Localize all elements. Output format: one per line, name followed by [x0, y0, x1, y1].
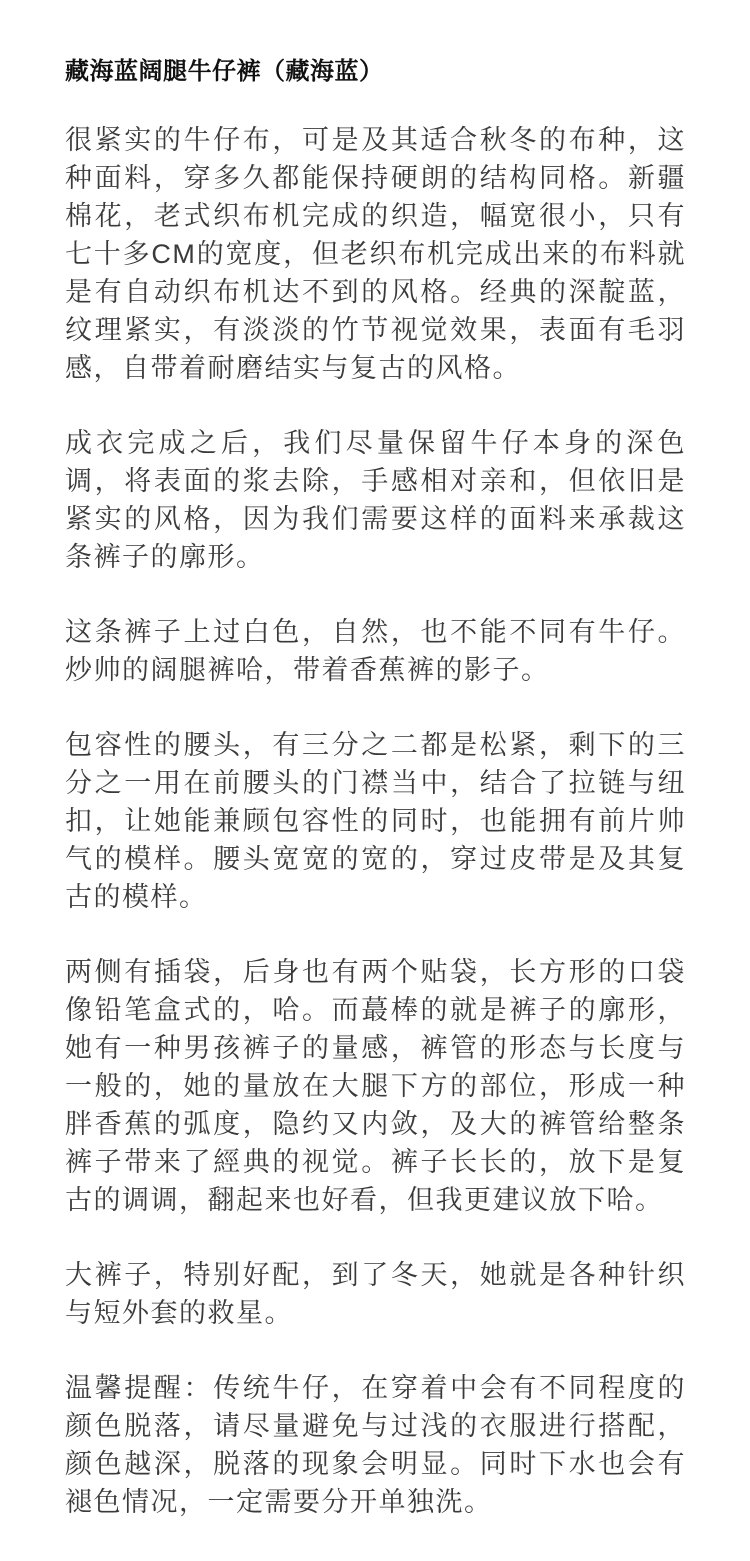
page-title: 藏海蓝阔腿牛仔裤（藏海蓝）	[65, 56, 686, 87]
paragraph-style: 这条裤子上过白色，自然，也不能不同有牛仔。炒帅的阔腿裤哈，带着香蕉裤的影子。	[65, 613, 686, 689]
product-description-page: 藏海蓝阔腿牛仔裤（藏海蓝） 很紧实的牛仔布，可是及其适合秋冬的布种，这种面料，穿…	[0, 0, 750, 1561]
paragraph-waistband: 包容性的腰头，有三分之二都是松紧，剩下的三分之一用在前腰头的门襟当中，结合了拉链…	[65, 726, 686, 916]
paragraph-fabric: 很紧实的牛仔布，可是及其适合秋冬的布种，这种面料，穿多久都能保持硬朗的结构同格。…	[65, 121, 686, 387]
paragraph-styling-tip: 大裤子，特别好配，到了冬天，她就是各种针织与短外套的救星。	[65, 1256, 686, 1332]
paragraph-garment-finish: 成衣完成之后，我们尽量保留牛仔本身的深色调，将表面的浆去除，手感相对亲和，但依旧…	[65, 424, 686, 576]
paragraph-pockets-silhouette: 两侧有插袋，后身也有两个贴袋，长方形的口袋像铅笔盒式的，哈。而蕞棒的就是裤子的廓…	[65, 953, 686, 1219]
paragraph-care-reminder: 温馨提醒：传统牛仔，在穿着中会有不同程度的颜色脱落，请尽量避免与过浅的衣服进行搭…	[65, 1369, 686, 1521]
